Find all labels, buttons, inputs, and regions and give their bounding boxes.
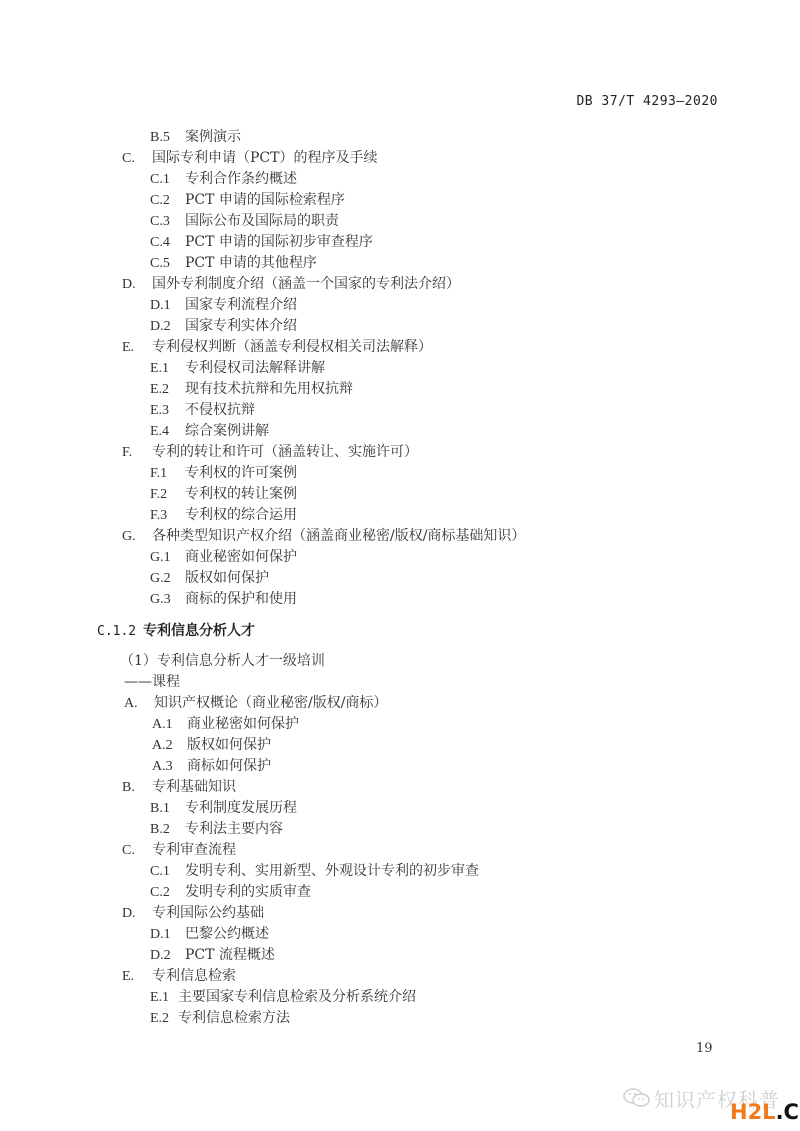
page-number: 19 xyxy=(696,1041,713,1056)
outline-item: F.3专利权的综合运用 xyxy=(150,505,297,526)
outline-item: D.2国家专利实体介绍 xyxy=(150,316,297,337)
outline-item: A.知识产权概论（商业秘密/版权/商标） xyxy=(124,693,387,714)
outline-item: C.2发明专利的实质审查 xyxy=(150,882,311,903)
outline-item: D.1国家专利流程介绍 xyxy=(150,295,297,316)
outline-item: E.3不侵权抗辩 xyxy=(150,400,255,421)
outline-item: F.1专利权的许可案例 xyxy=(150,463,297,484)
outline-item: B.2专利法主要内容 xyxy=(150,819,283,840)
outline-item: B.5案例演示 xyxy=(150,127,241,148)
outline-item: A.3商标如何保护 xyxy=(152,756,271,777)
outline-item: A.2版权如何保护 xyxy=(152,735,271,756)
outline-item: C.3国际公布及国际局的职责 xyxy=(150,211,339,232)
outline-item: C.1专利合作条约概述 xyxy=(150,169,297,190)
outline-item: E.专利信息检索 xyxy=(122,966,236,987)
outline-item: B.1专利制度发展历程 xyxy=(150,798,297,819)
outline-item: G.2版权如何保护 xyxy=(150,568,269,589)
outline-item: E.2现有技术抗辩和先用权抗辩 xyxy=(150,379,353,400)
outline-item: A.1商业秘密如何保护 xyxy=(152,714,299,735)
h2l-logo: H2L.CN xyxy=(730,1100,800,1124)
wechat-icon xyxy=(622,1086,652,1110)
outline-item: C.专利审查流程 xyxy=(122,840,236,861)
outline-item: B.专利基础知识 xyxy=(122,777,236,798)
outline-item: D.专利国际公约基础 xyxy=(122,903,264,924)
standard-code-header: DB 37/T 4293—2020 xyxy=(576,94,718,109)
course-label: ——课程 xyxy=(124,672,180,692)
outline-item: E.4综合案例讲解 xyxy=(150,421,269,442)
section-heading: C.1.2专利信息分析人才 xyxy=(97,620,255,640)
outline-item: G.3商标的保护和使用 xyxy=(150,589,297,610)
outline-item: F.2专利权的转让案例 xyxy=(150,484,297,505)
watermark: 知识产权科普 H2L.CN xyxy=(618,1082,798,1128)
outline-item: D.2PCT 流程概述 xyxy=(150,945,275,966)
outline-item: C.国际专利申请（PCT）的程序及手续 xyxy=(122,148,377,169)
outline-item: C.2PCT 申请的国际检索程序 xyxy=(150,190,345,211)
outline-item: C.5PCT 申请的其他程序 xyxy=(150,253,317,274)
outline-item: C.1发明专利、实用新型、外观设计专利的初步审查 xyxy=(150,861,479,882)
outline-item: E.2专利信息检索方法 xyxy=(150,1008,290,1029)
outline-item: E.1专利侵权司法解释讲解 xyxy=(150,358,325,379)
section-subtitle: （1）专利信息分析人才一级培训 xyxy=(120,651,325,671)
outline-item: D.1巴黎公约概述 xyxy=(150,924,269,945)
outline-item: G.各种类型知识产权介绍（涵盖商业秘密/版权/商标基础知识） xyxy=(122,526,525,547)
outline-item: E.专利侵权判断（涵盖专利侵权相关司法解释） xyxy=(122,337,432,358)
outline-item: F.专利的转让和许可（涵盖转让、实施许可） xyxy=(122,442,418,463)
outline-item: E.1主要国家专利信息检索及分析系统介绍 xyxy=(150,987,416,1008)
outline-item: C.4PCT 申请的国际初步审查程序 xyxy=(150,232,373,253)
outline-item: D.国外专利制度介绍（涵盖一个国家的专利法介绍） xyxy=(122,274,460,295)
outline-item: G.1商业秘密如何保护 xyxy=(150,547,297,568)
